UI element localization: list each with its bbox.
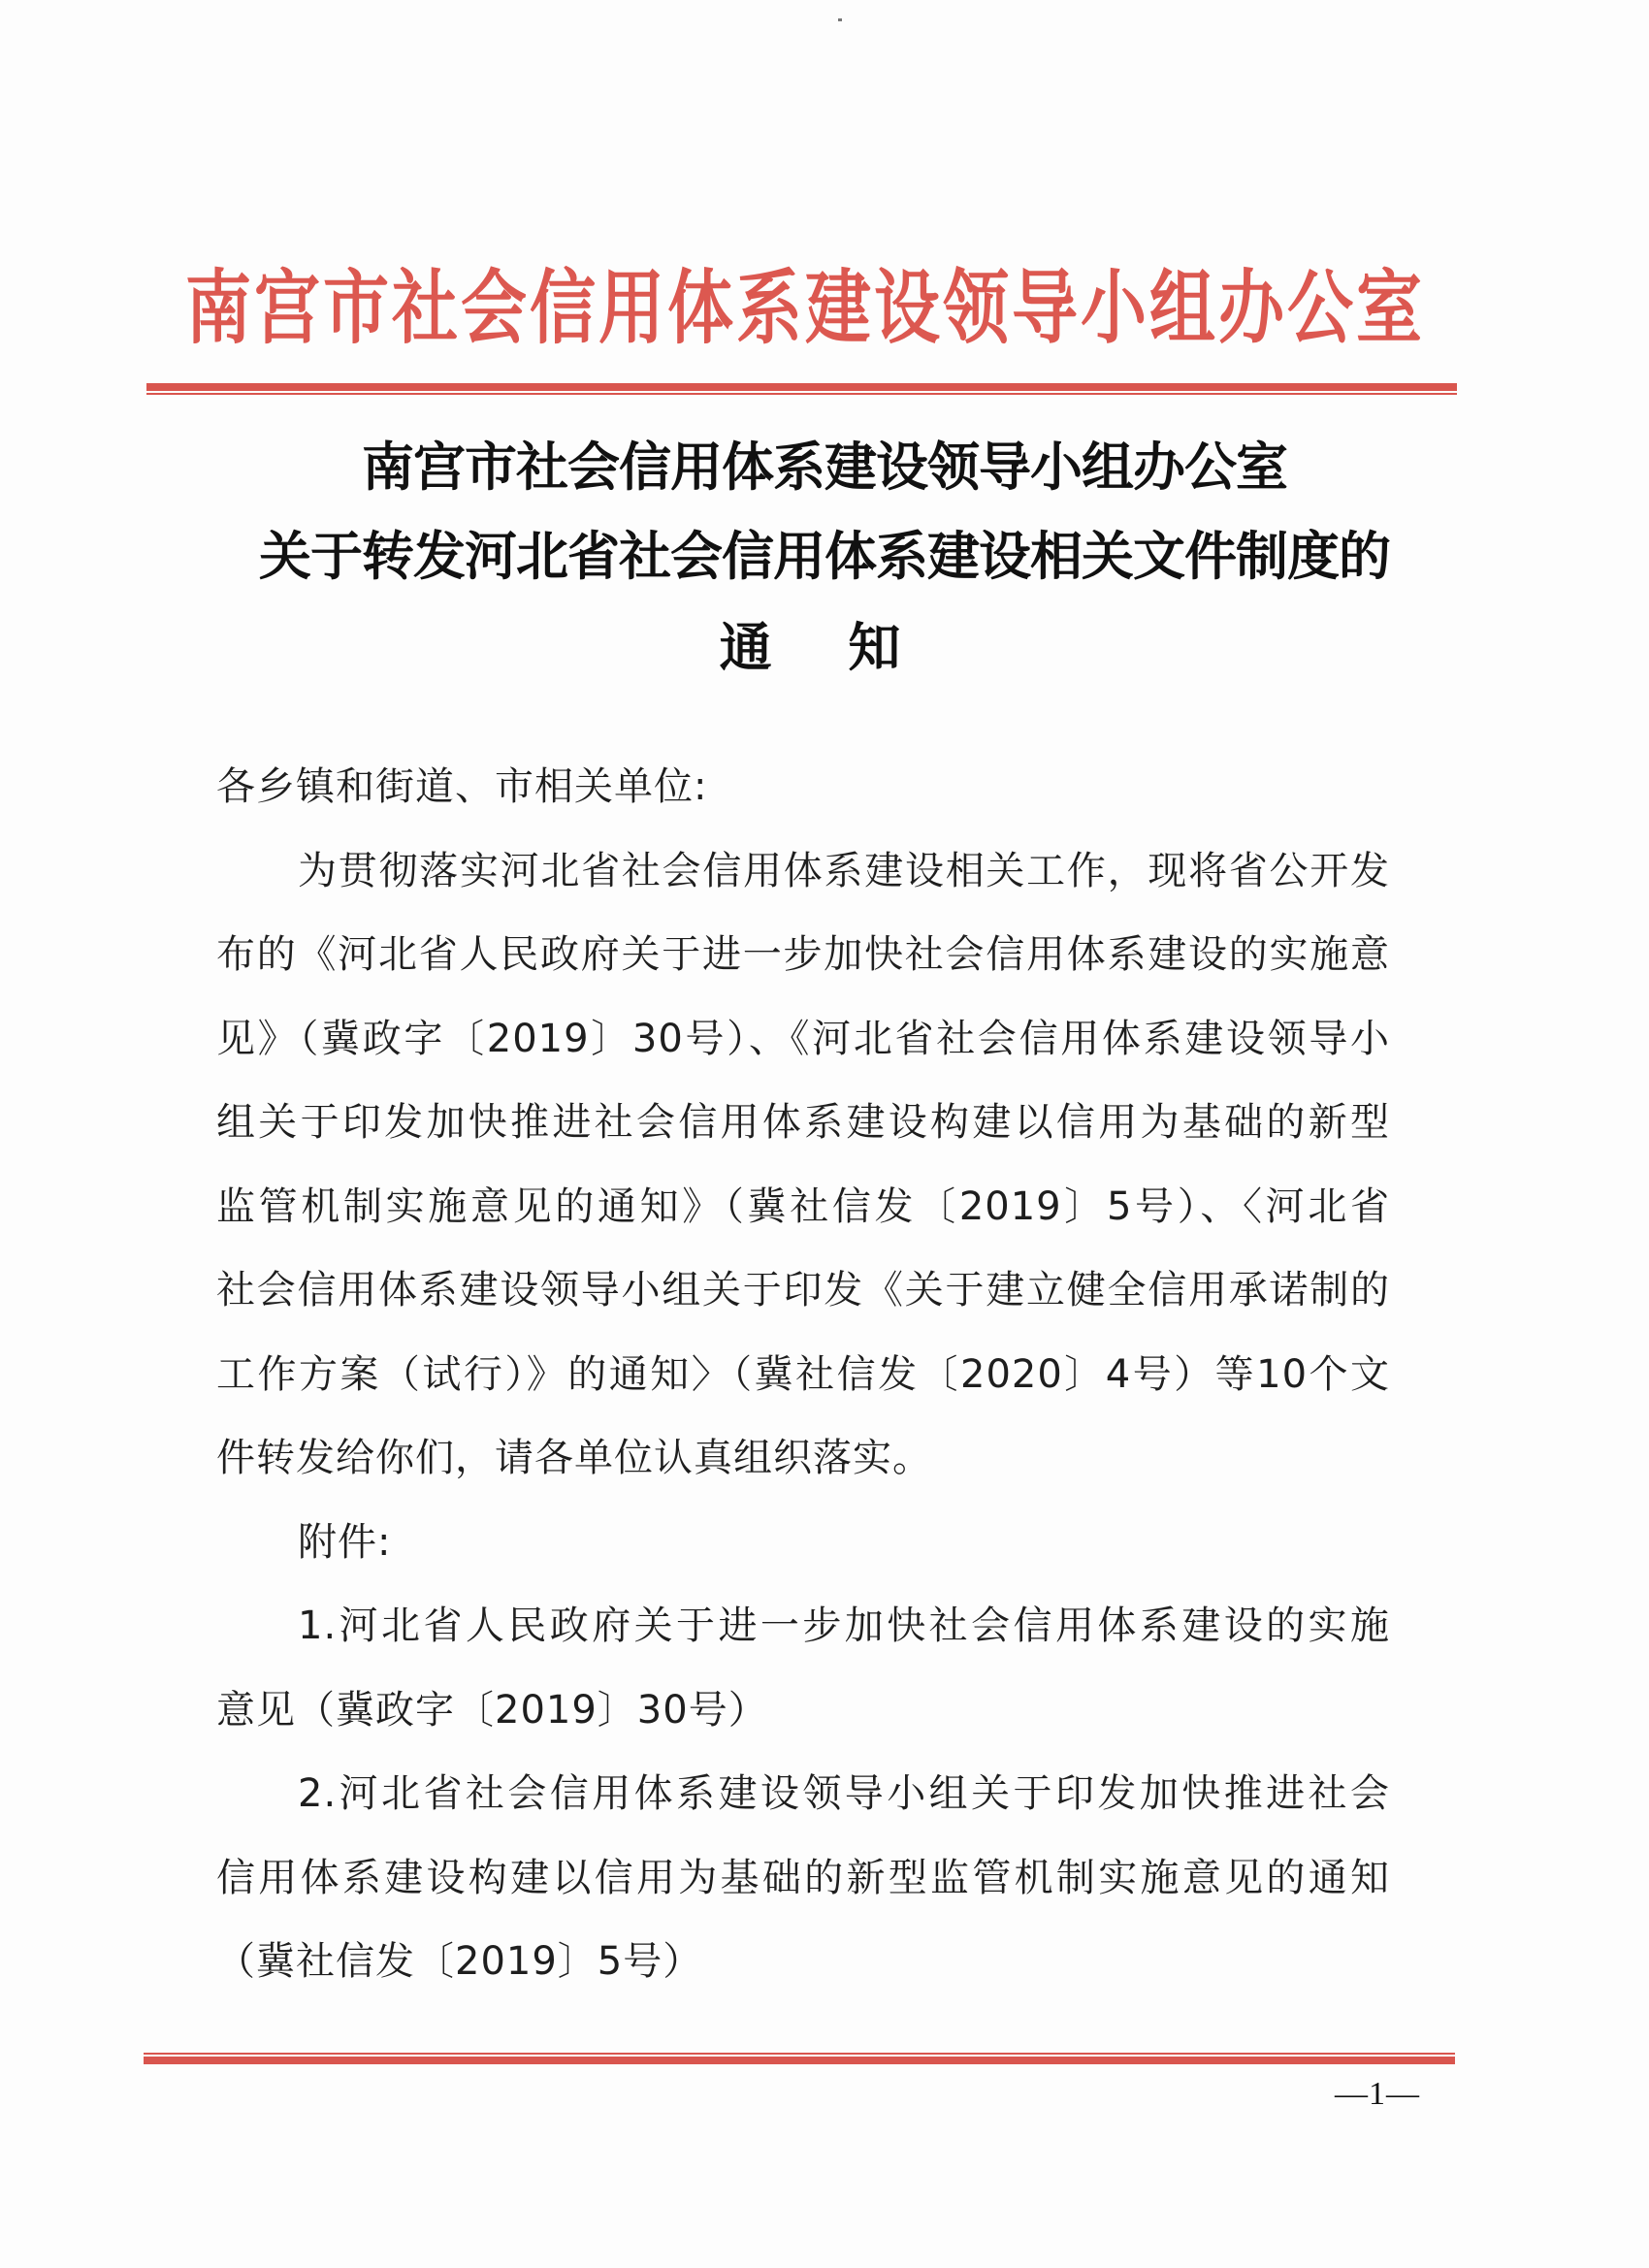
attachment-item-2-line-2: 信用体系建设构建以信用为基础的新型监管机制实施意见的通知 — [216, 1854, 1390, 1902]
document-title-line-1: 南宫市社会信用体系建设领导小组办公室 — [145, 435, 1503, 499]
paragraph-line: 工作方案（试行）》的通知〉（冀社信发〔2020〕4号）等10个文 — [216, 1350, 1390, 1399]
scan-artifact-dot — [838, 18, 842, 21]
document-page: 南宫市社会信用体系建设领导小组办公室 南宫市社会信用体系建设领导小组办公室 关于… — [0, 0, 1649, 2268]
paragraph-line: 见》（冀政字〔2019〕30号）、《河北省社会信用体系建设领导小 — [216, 1015, 1390, 1063]
paragraph-line: 组关于印发加快推进社会信用体系建设构建以信用为基础的新型 — [216, 1098, 1390, 1147]
paragraph-line: 为贯彻落实河北省社会信用体系建设相关工作，现将省公开发 — [298, 847, 1390, 895]
paragraph-line: 件转发给你们，请各单位认真组织落实。 — [216, 1434, 1390, 1482]
paragraph-line: 布的《河北省人民政府关于进一步加快社会信用体系建设的实施意 — [216, 930, 1390, 979]
attachment-item-1-line-2: 意见（冀政字〔2019〕30号） — [216, 1686, 1390, 1734]
attachment-item-2-line-1: 2.河北省社会信用体系建设领导小组关于印发加快推进社会 — [298, 1769, 1390, 1818]
document-title-line-3: 通 知 — [145, 615, 1503, 679]
attachment-item-1-line-1: 1.河北省人民政府关于进一步加快社会信用体系建设的实施 — [298, 1602, 1390, 1650]
letterhead-organization: 南宫市社会信用体系建设领导小组办公室 — [184, 244, 1426, 374]
page-number: —1— — [1335, 2076, 1420, 2113]
paragraph-line: 社会信用体系建设领导小组关于印发《关于建立健全信用承诺制的 — [216, 1266, 1390, 1314]
attachments-label: 附件: — [298, 1518, 1390, 1567]
paragraph-line: 监管机制实施意见的通知》（冀社信发〔2019〕5号）、〈河北省 — [216, 1183, 1390, 1231]
letterhead-red-rule — [146, 383, 1457, 395]
footer-red-rule — [144, 2053, 1455, 2064]
attachment-item-2-line-3: （冀社信发〔2019〕5号） — [216, 1937, 1390, 1986]
salutation: 各乡镇和街道、市相关单位: — [216, 762, 1390, 811]
document-title-line-2: 关于转发河北省社会信用体系建设相关文件制度的 — [145, 524, 1503, 588]
